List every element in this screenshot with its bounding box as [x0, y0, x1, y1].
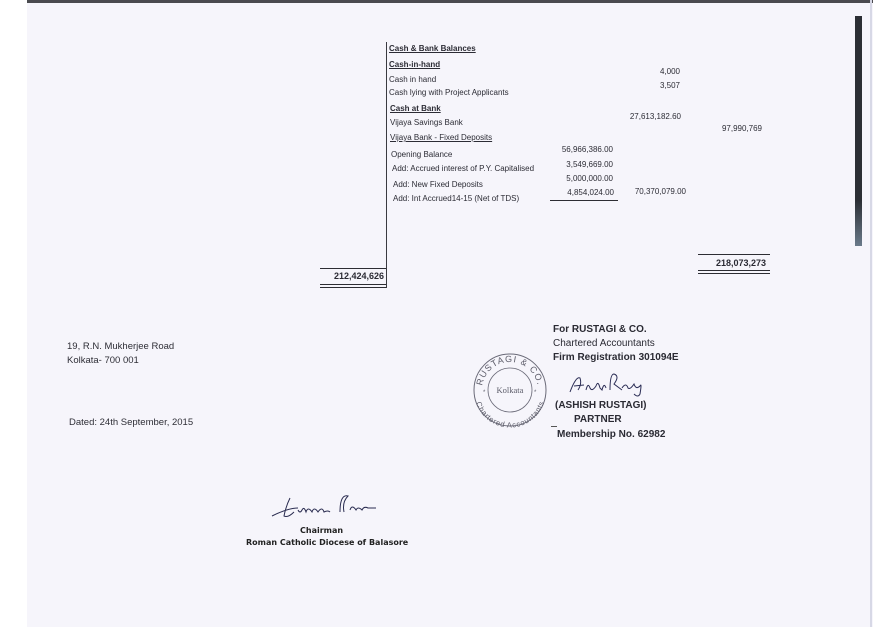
right-total-rule-1: [698, 270, 770, 271]
address-line-2: Kolkata- 700 001: [67, 354, 139, 368]
left-total-rule-2: [320, 287, 386, 288]
opening-balance-label: Opening Balance: [391, 150, 452, 159]
auditor-signature: [566, 370, 646, 398]
accrued-interest-label: Add: Accrued interest of P.Y. Capitalise…: [392, 164, 534, 173]
membership-number: Membership No. 62982: [557, 428, 665, 442]
svg-text:RUSTAGI & CO.: RUSTAGI & CO.: [474, 354, 545, 386]
svg-text:*: *: [483, 390, 486, 396]
signatory-name: (ASHISH RUSTAGI): [555, 399, 646, 413]
column-divider: [386, 42, 387, 288]
cash-at-bank-heading: Cash at Bank: [390, 104, 441, 113]
fd-underline: [550, 200, 618, 201]
dash-mark: [551, 426, 557, 427]
firm-designation: Chartered Accountants: [553, 337, 655, 351]
fd-subtotal: 70,370,079.00: [620, 187, 686, 196]
left-total-rule-1: [320, 284, 386, 285]
signatory-role: PARTNER: [574, 413, 622, 427]
for-firm: For RUSTAGI & CO.: [553, 323, 647, 337]
vijaya-savings-label: Vijaya Savings Bank: [390, 118, 463, 127]
right-total-rule-2: [698, 273, 770, 274]
chairman-signature: [268, 492, 428, 522]
int-accrued-label: Add: Int Accrued14-15 (Net of TDS): [393, 194, 519, 203]
dated: Dated: 24th September, 2015: [69, 416, 193, 430]
new-fd-label: Add: New Fixed Deposits: [393, 180, 483, 189]
svg-text:Chartered Accountants: Chartered Accountants: [474, 400, 546, 428]
scan-edge-shadow: [855, 16, 862, 246]
section-title: Cash & Bank Balances: [389, 44, 476, 53]
chairman-organization: Roman Catholic Diocese of Balasore: [246, 538, 406, 547]
cash-at-bank-total: 97,990,769: [690, 124, 762, 133]
new-fd-amount: 5,000,000.00: [540, 174, 613, 183]
cash-project-applicants-amount: 3,507: [600, 81, 680, 90]
svg-text:*: *: [534, 390, 537, 396]
page-edge: [870, 0, 872, 627]
cash-in-hand-heading: Cash-in-hand: [389, 60, 440, 69]
right-total: 218,073,273: [698, 258, 766, 268]
right-total-top-rule: [698, 254, 770, 255]
int-accrued-amount: 4,854,024.00: [540, 188, 614, 197]
opening-balance-amount: 56,966,386.00: [540, 145, 613, 154]
firm-stamp: RUSTAGI & CO. Chartered Accountants Kolk…: [472, 352, 548, 428]
chairman-title: Chairman: [300, 526, 340, 535]
cash-project-applicants-label: Cash lying with Project Applicants: [389, 88, 509, 97]
left-total: 212,424,626: [320, 271, 384, 281]
accrued-interest-amount: 3,549,669.00: [540, 160, 613, 169]
cash-in-hand-label: Cash in hand: [389, 75, 436, 84]
fixed-deposits-heading: Vijaya Bank - Fixed Deposits: [390, 133, 492, 142]
cash-in-hand-amount: 4,000: [600, 67, 680, 76]
firm-registration: Firm Registration 301094E: [553, 351, 679, 365]
svg-text:Kolkata: Kolkata: [497, 385, 524, 395]
vijaya-savings-amount: 27,613,182.60: [600, 112, 681, 121]
address-line-1: 19, R.N. Mukherjee Road: [67, 340, 174, 354]
left-total-top-rule: [320, 268, 386, 269]
